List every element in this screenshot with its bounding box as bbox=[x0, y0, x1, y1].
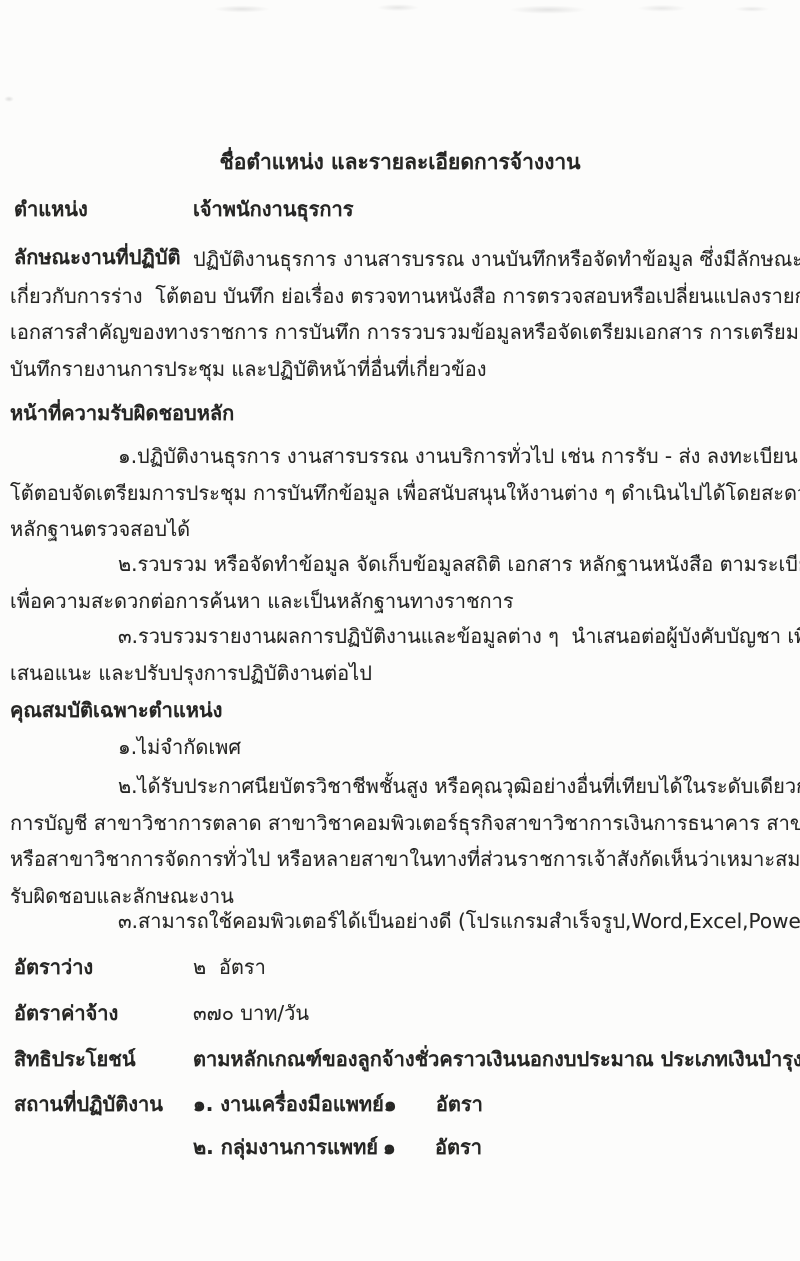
job-nature-label: ลักษณะงานที่ปฏิบัติ bbox=[14, 241, 181, 273]
responsibility-item-1-line-1: ๑.ปฏิบัติงานธุรการ งานสารบรรณ งานบริการท… bbox=[10, 438, 796, 475]
workplace-item-1: ๑. งานเครื่องมือแพทย์๑อัตรา bbox=[193, 1088, 483, 1120]
scan-artifact-dot bbox=[4, 96, 14, 102]
responsibility-item-3: ๓.รวบรวมรายงานผลการปฏิบัติงานและข้อมูลต่… bbox=[10, 618, 796, 691]
vacancy-row: อัตราว่าง ๒ อัตรา bbox=[10, 951, 796, 983]
workplace-item-2-count: ๑ bbox=[383, 1131, 435, 1163]
benefits-label: สิทธิประโยชน์ bbox=[14, 1043, 135, 1075]
qualifications-heading: คุณสมบัติเฉพาะตำแหน่ง bbox=[10, 694, 796, 726]
position-label: ตำแหน่ง bbox=[14, 193, 88, 225]
position-row: ตำแหน่ง เจ้าพนักงานธุรการ bbox=[10, 193, 796, 225]
job-nature-line-2: เกี่ยวกับการร่าง โต้ตอบ บันทึก ย่อเรื่อง… bbox=[10, 278, 796, 315]
job-nature-section: ลักษณะงานที่ปฏิบัติ ปฏิบัติงานธุรการ งาน… bbox=[10, 241, 796, 388]
responsibility-item-2-line-2: เพื่อความสะดวกต่อการค้นหา และเป็นหลักฐาน… bbox=[10, 583, 796, 620]
qualification-item-3: ๓.สามารถใช้คอมพิวเตอร์ได้เป็นอย่างดี (โป… bbox=[10, 903, 796, 940]
workplace-item-2: ๒. กลุ่มงานการแพทย์๑อัตรา bbox=[193, 1131, 482, 1163]
document-title: ชื่อตำแหน่ง และรายละเอียดการจ้างงาน bbox=[0, 146, 800, 179]
job-nature-line-3: เอกสารสำคัญของทางราชการ การบันทึก การรวบ… bbox=[10, 314, 796, 351]
responsibility-item-1-line-3: หลักฐานตรวจสอบได้ bbox=[10, 511, 796, 548]
benefits-value: ตามหลักเกณฑ์ของลูกจ้างชั่วคราวเงินนอกงบป… bbox=[193, 1043, 800, 1075]
scan-artifact-top bbox=[170, 2, 770, 16]
qualification-item-2: ๒.ได้รับประกาศนียบัตรวิชาชีพชั้นสูง หรือ… bbox=[10, 768, 796, 915]
qualification-item-1: ๑.ไม่จำกัดเพศ bbox=[10, 729, 796, 766]
vacancy-label: อัตราว่าง bbox=[14, 951, 93, 983]
qualification-item-2-line-3: หรือสาขาวิชาการจัดการทั่วไป หรือหลายสาขา… bbox=[10, 841, 796, 878]
workplace-item-1-name: ๑. งานเครื่องมือแพทย์ bbox=[193, 1088, 384, 1120]
document-page: ชื่อตำแหน่ง และรายละเอียดการจ้างงาน ตำแห… bbox=[0, 0, 800, 1261]
responsibility-item-3-line-2: เสนอแนะ และปรับปรุงการปฏิบัติงานต่อไป bbox=[10, 655, 796, 692]
qualification-item-2-line-1: ๒.ได้รับประกาศนียบัตรวิชาชีพชั้นสูง หรือ… bbox=[10, 768, 796, 805]
workplace-item-1-unit: อัตรา bbox=[436, 1092, 483, 1116]
responsibility-item-2-line-1: ๒.รวบรวม หรือจัดทำข้อมูล จัดเก็บข้อมูลสถ… bbox=[10, 546, 796, 583]
responsibility-item-1-line-2: โต้ตอบจัดเตรียมการประชุม การบันทึกข้อมูล… bbox=[10, 475, 796, 512]
vacancy-value: ๒ อัตรา bbox=[193, 951, 266, 983]
responsibilities-heading: หน้าที่ความรับผิดชอบหลัก bbox=[10, 397, 796, 429]
workplace-item-2-unit: อัตรา bbox=[435, 1135, 482, 1159]
qualification-item-1-line: ๑.ไม่จำกัดเพศ bbox=[10, 729, 796, 766]
workplace-row-2: ๒. กลุ่มงานการแพทย์๑อัตรา bbox=[10, 1131, 796, 1163]
workplace-item-2-name: ๒. กลุ่มงานการแพทย์ bbox=[193, 1131, 383, 1163]
responsibility-item-2: ๒.รวบรวม หรือจัดทำข้อมูล จัดเก็บข้อมูลสถ… bbox=[10, 546, 796, 619]
position-value: เจ้าพนักงานธุรการ bbox=[193, 193, 353, 225]
workplace-row-1: สถานที่ปฏิบัติงาน ๑. งานเครื่องมือแพทย์๑… bbox=[10, 1088, 796, 1120]
responsibility-item-1: ๑.ปฏิบัติงานธุรการ งานสารบรรณ งานบริการท… bbox=[10, 438, 796, 548]
wage-label: อัตราค่าจ้าง bbox=[14, 997, 118, 1029]
job-nature-line-4: บันทึกรายงานการประชุม และปฏิบัติหน้าที่อ… bbox=[10, 351, 796, 388]
workplace-item-1-count: ๑ bbox=[384, 1088, 436, 1120]
responsibility-item-3-line-1: ๓.รวบรวมรายงานผลการปฏิบัติงานและข้อมูลต่… bbox=[10, 618, 796, 655]
qualification-item-3-line: ๓.สามารถใช้คอมพิวเตอร์ได้เป็นอย่างดี (โป… bbox=[10, 903, 796, 940]
wage-row: อัตราค่าจ้าง ๓๗๐ บาท/วัน bbox=[10, 997, 796, 1029]
wage-value: ๓๗๐ บาท/วัน bbox=[193, 997, 309, 1029]
qualification-item-2-line-2: การบัญชี สาขาวิชาการตลาด สาขาวิชาคอมพิวเ… bbox=[10, 805, 796, 842]
benefits-row: สิทธิประโยชน์ ตามหลักเกณฑ์ของลูกจ้างชั่ว… bbox=[10, 1043, 796, 1075]
workplace-label: สถานที่ปฏิบัติงาน bbox=[14, 1088, 163, 1120]
